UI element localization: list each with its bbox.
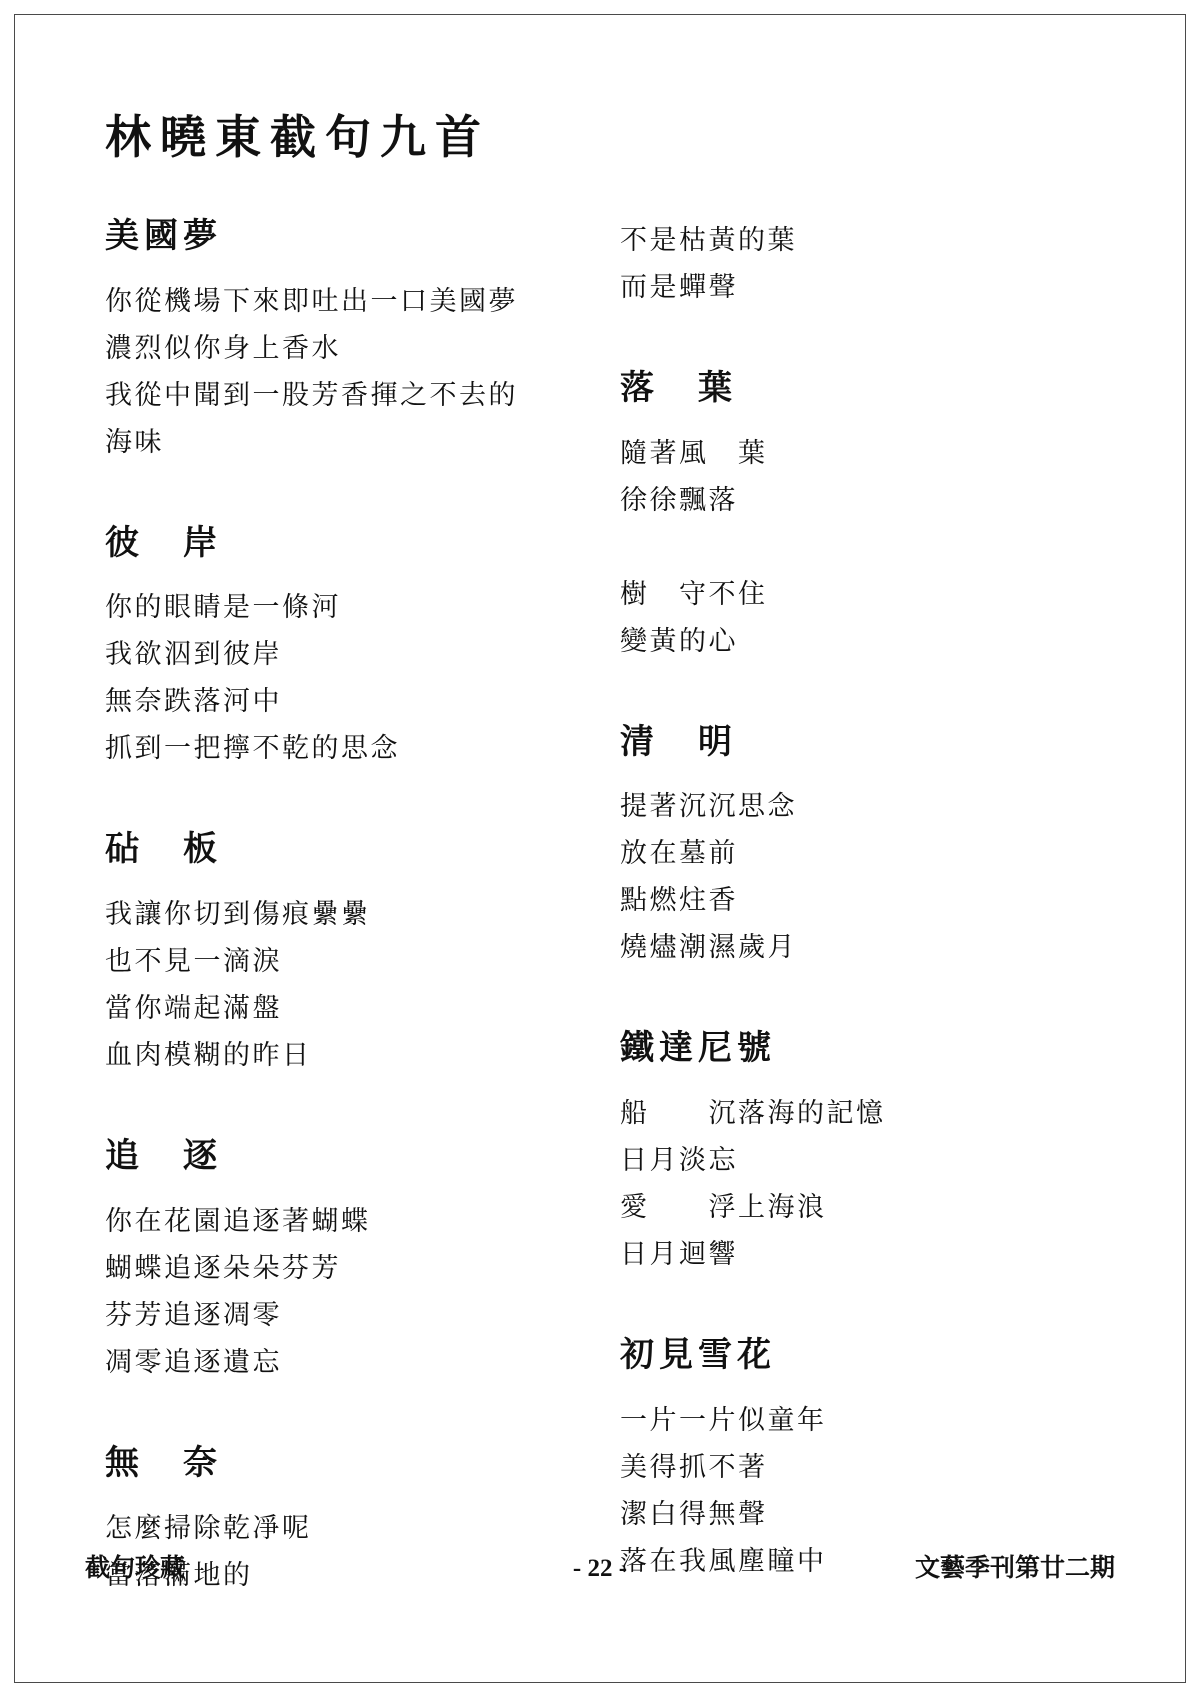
poem-line: 凋零追逐遺忘 <box>105 1339 620 1386</box>
poem-line: 我從中聞到一股芳香揮之不去的 <box>105 372 620 419</box>
two-column-layout: 美國夢你從機場下來即吐出一口美國夢濃烈似你身上香水我從中聞到一股芳香揮之不去的海… <box>105 217 1105 1657</box>
poem-line: 你的眼睛是一條河 <box>105 584 620 631</box>
page-number: - 22 - <box>385 1555 815 1583</box>
poem-title: 鐵達尼號 <box>620 1029 1105 1070</box>
page-content: 林曉東截句九首 美國夢你從機場下來即吐出一口美國夢濃烈似你身上香水我從中聞到一股… <box>105 112 1105 1657</box>
page-footer: 截句珍藏 - 22 - 文藝季刊第廿二期 <box>85 1548 1115 1584</box>
poem-line: 我欲泅到彼岸 <box>105 631 620 678</box>
right-column: 不是枯黃的葉而是蟬聲落 葉隨著風 葉徐徐飄落樹 守不住變黃的心清 明提著沉沉思念… <box>620 217 1105 1657</box>
poem-block: 追 逐你在花園追逐著蝴蝶蝴蝶追逐朵朵芬芳芬芳追逐凋零凋零追逐遺忘 <box>105 1137 620 1386</box>
poem-block: 不是枯黃的葉而是蟬聲 <box>620 217 1105 311</box>
poem-title: 彼 岸 <box>105 524 620 565</box>
poem-line: 海味 <box>105 419 620 466</box>
poem-line: 樹 守不住 <box>620 571 1105 618</box>
poem-block: 美國夢你從機場下來即吐出一口美國夢濃烈似你身上香水我從中聞到一股芳香揮之不去的海… <box>105 217 620 466</box>
poem-line: 愛 浮上海浪 <box>620 1184 1105 1231</box>
poem-line: 怎麼掃除乾凈呢 <box>105 1505 620 1552</box>
poem-title: 落 葉 <box>620 369 1105 410</box>
poem-line: 燒燼潮濕歲月 <box>620 924 1105 971</box>
poem-block: 彼 岸你的眼睛是一條河我欲泅到彼岸無奈跌落河中抓到一把擰不乾的思念 <box>105 524 620 773</box>
poem-title: 無 奈 <box>105 1444 620 1485</box>
document-page: 林曉東截句九首 美國夢你從機場下來即吐出一口美國夢濃烈似你身上香水我從中聞到一股… <box>0 0 1200 1697</box>
page-title: 林曉東截句九首 <box>105 112 1105 165</box>
poem-line: 我讓你切到傷痕纍纍 <box>105 891 620 938</box>
poem-block: 清 明提著沉沉思念放在墓前點燃炷香燒燼潮濕歲月 <box>620 723 1105 972</box>
poem-line: 船 沉落海的記憶 <box>620 1090 1105 1137</box>
poem-title: 美國夢 <box>105 217 620 258</box>
poem-line: 點燃炷香 <box>620 877 1105 924</box>
poem-line: 變黃的心 <box>620 618 1105 665</box>
poem-line: 當你端起滿盤 <box>105 985 620 1032</box>
poem-line: 潔白得無聲 <box>620 1491 1105 1538</box>
poem-line: 一片一片似童年 <box>620 1397 1105 1444</box>
poem-line: 不是枯黃的葉 <box>620 217 1105 264</box>
poem-line: 日月迴響 <box>620 1231 1105 1278</box>
poem-title: 砧 板 <box>105 830 620 871</box>
poem-line: 也不見一滴淚 <box>105 938 620 985</box>
poem-line: 濃烈似你身上香水 <box>105 325 620 372</box>
poem-line: 血肉模糊的昨日 <box>105 1032 620 1079</box>
poem-line: 放在墓前 <box>620 830 1105 877</box>
poem-line: 抓到一把擰不乾的思念 <box>105 725 620 772</box>
poem-line: 蝴蝶追逐朵朵芬芳 <box>105 1245 620 1292</box>
poem-line: 你從機場下來即吐出一口美國夢 <box>105 278 620 325</box>
left-column: 美國夢你從機場下來即吐出一口美國夢濃烈似你身上香水我從中聞到一股芳香揮之不去的海… <box>105 217 620 1657</box>
footer-issue-label: 文藝季刊第廿二期 <box>815 1548 1115 1584</box>
poem-block: 鐵達尼號船 沉落海的記憶日月淡忘愛 浮上海浪日月迴響 <box>620 1029 1105 1278</box>
poem-line: 隨著風 葉 <box>620 430 1105 477</box>
poem-title: 清 明 <box>620 723 1105 764</box>
poem-line: 提著沉沉思念 <box>620 783 1105 830</box>
poem-block: 砧 板我讓你切到傷痕纍纍也不見一滴淚當你端起滿盤血肉模糊的昨日 <box>105 830 620 1079</box>
stanza-gap <box>620 524 1105 571</box>
poem-title: 初見雪花 <box>620 1336 1105 1377</box>
poem-line: 美得抓不著 <box>620 1444 1105 1491</box>
poem-line: 徐徐飄落 <box>620 477 1105 524</box>
poem-line: 無奈跌落河中 <box>105 678 620 725</box>
poem-line: 你在花園追逐著蝴蝶 <box>105 1198 620 1245</box>
poem-title: 追 逐 <box>105 1137 620 1178</box>
poem-line: 日月淡忘 <box>620 1137 1105 1184</box>
footer-collection-name: 截句珍藏 <box>85 1548 385 1584</box>
poem-block: 落 葉隨著風 葉徐徐飄落樹 守不住變黃的心 <box>620 369 1105 665</box>
poem-line: 芬芳追逐凋零 <box>105 1292 620 1339</box>
poem-line: 而是蟬聲 <box>620 264 1105 311</box>
